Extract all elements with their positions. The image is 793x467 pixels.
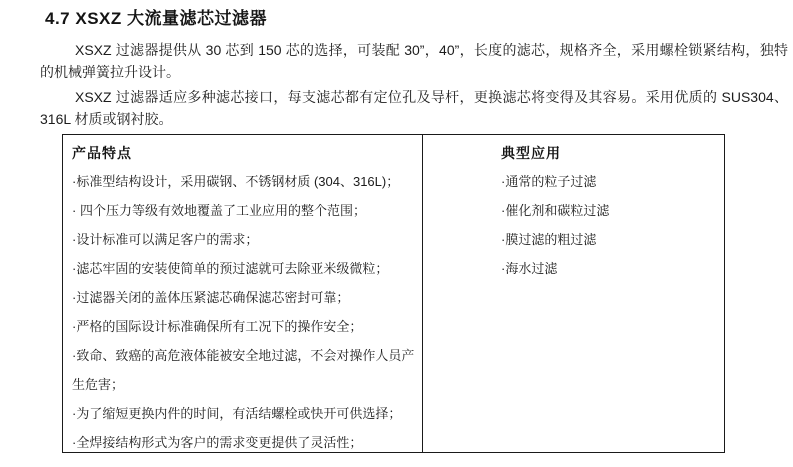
typical-applications-cell: 典型应用 ·通常的粒子过滤 ·催化剂和碳粒过滤 ·膜过滤的粗过滤 ·海水过滤 <box>423 135 724 452</box>
intro-paragraph-1: XSXZ 过滤器提供从 30 芯到 150 芯的选择，可装配 30”，40”，长… <box>40 39 788 83</box>
features-applications-table: 产品特点 ·标准型结构设计，采用碳钢、不锈钢材质 (304、316L)； · 四… <box>62 134 725 453</box>
feature-item-3: ·设计标准可以满足客户的需求； <box>72 225 416 254</box>
section-title: 4.7 XSXZ 大流量滤芯过滤器 <box>0 0 793 31</box>
application-item-3: ·膜过滤的粗过滤 <box>501 225 720 254</box>
feature-item-8: ·为了缩短更换内件的时间，有活结螺栓或快开可供选择； <box>72 399 416 428</box>
feature-item-4: ·滤芯牢固的安装使简单的预过滤就可去除亚米级微粒； <box>72 254 416 283</box>
intro-paragraph-2: XSXZ 过滤器适应多种滤芯接口，每支滤芯都有定位孔及导杆，更换滤芯将变得及其容… <box>40 86 788 130</box>
product-features-header: 产品特点 <box>72 142 416 164</box>
typical-applications-header: 典型应用 <box>501 142 720 164</box>
application-item-2: ·催化剂和碳粒过滤 <box>501 196 720 225</box>
document-page: 4.7 XSXZ 大流量滤芯过滤器 XSXZ 过滤器提供从 30 芯到 150 … <box>0 0 793 467</box>
application-item-1: ·通常的粒子过滤 <box>501 167 720 196</box>
feature-item-9: ·全焊接结构形式为客户的需求变更提供了灵活性； <box>72 428 416 457</box>
feature-item-2: · 四个压力等级有效地覆盖了工业应用的整个范围； <box>72 196 416 225</box>
intro-text-block: XSXZ 过滤器提供从 30 芯到 150 芯的选择，可装配 30”，40”，长… <box>40 39 788 130</box>
feature-item-6: ·严格的国际设计标准确保所有工况下的操作安全； <box>72 312 416 341</box>
feature-item-1: ·标准型结构设计，采用碳钢、不锈钢材质 (304、316L)； <box>72 167 416 196</box>
feature-item-7: ·致命、致癌的高危液体能被安全地过滤，不会对操作人员产生危害； <box>72 341 416 399</box>
feature-item-5: ·过滤器关闭的盖体压紧滤芯确保滤芯密封可靠； <box>72 283 416 312</box>
application-item-4: ·海水过滤 <box>501 254 720 283</box>
product-features-cell: 产品特点 ·标准型结构设计，采用碳钢、不锈钢材质 (304、316L)； · 四… <box>63 135 423 452</box>
